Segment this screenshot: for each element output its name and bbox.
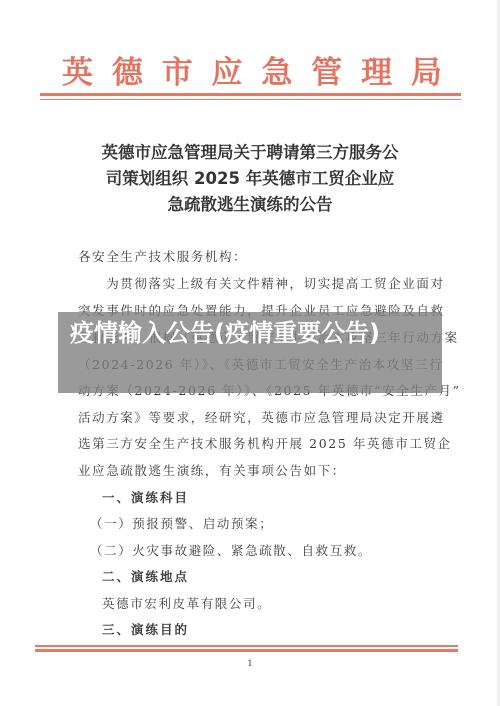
letterhead-char: 急 [261, 56, 292, 90]
letterhead-rule-thick [40, 93, 461, 96]
document-title: 英德市应急管理局关于聘请第三方服务公 司策划组织 2025 年英德市工贸企业应 … [40, 140, 460, 218]
letterhead-char: 德 [112, 56, 143, 90]
letterhead-char: 理 [361, 56, 392, 90]
letterhead-org-name: 英 德 市 应 急 管 理 局 [62, 56, 442, 90]
title-line: 急疏散逃生演练的公告 [40, 192, 460, 218]
title-line: 司策划组织 2025 年英德市工贸企业应 [40, 166, 460, 192]
letterhead-char: 英 [62, 56, 93, 90]
section-item: （二）火灾事故避险、紧急疏散、自救互救。 [90, 541, 372, 559]
paragraph-line: 业应急疏散逃生演练，有关事项公告如下： [78, 461, 346, 479]
section-item: （一）预报预警、启动预案； [90, 514, 273, 532]
paragraph-line: 活动方案》等要求，经研究，英德市应急管理局决定开展遴 [78, 408, 445, 426]
section-heading-drill-location: 二、演练地点 [102, 567, 189, 585]
letterhead-char: 管 [311, 56, 342, 90]
paragraph-line: 为贯彻落实上级有关文件精神，切实提高工贸企业面对 [78, 274, 445, 292]
section-heading-drill-purpose: 三、演练目的 [102, 620, 189, 638]
letterhead-char: 局 [411, 56, 442, 90]
letterhead-char: 应 [212, 56, 243, 90]
document-page: 英 德 市 应 急 管 理 局 英德市应急管理局关于聘请第三方服务公 司策划组织… [0, 0, 500, 706]
letterhead-rule-thin [40, 99, 461, 101]
letterhead-char: 市 [162, 56, 193, 90]
title-line: 英德市应急管理局关于聘请第三方服务公 [40, 140, 460, 166]
drill-location-text: 英德市宏利皮革有限公司。 [102, 594, 271, 612]
footer-rule-thin [35, 645, 458, 647]
footer-rule-thick [35, 649, 458, 652]
section-heading-drill-subjects: 一、演练科目 [102, 488, 189, 506]
page-number: 1 [244, 659, 256, 668]
salutation: 各安全生产技术服务机构： [78, 247, 247, 265]
overlay-caption-text: 疫情输入公告(疫情重要公告) [70, 318, 430, 348]
paragraph-line: 选第三方安全生产技术服务机构开展 2025 年英德市工贸企 [78, 434, 452, 452]
